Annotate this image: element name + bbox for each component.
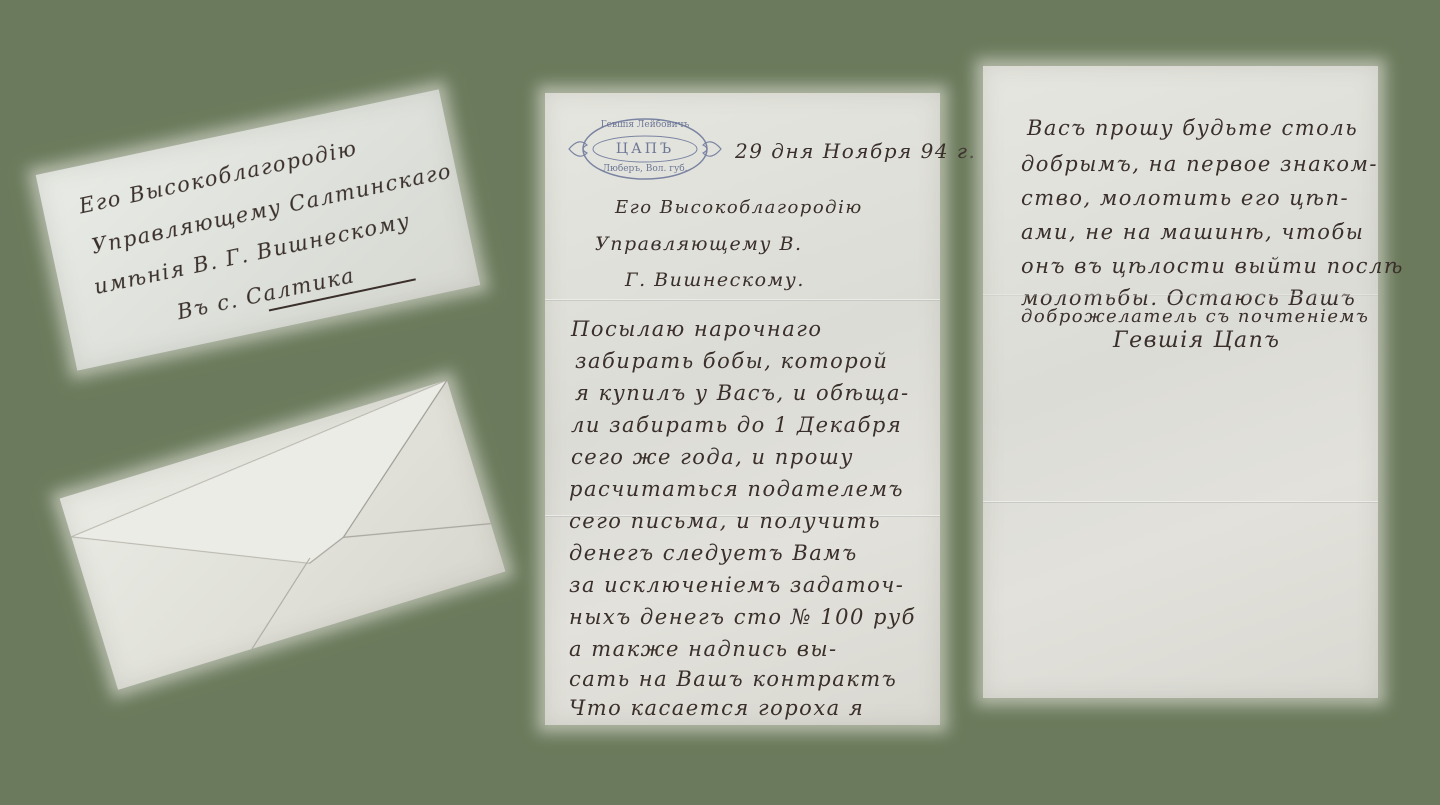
body-line: забирать бобы, которой bbox=[575, 349, 888, 373]
body-line: онъ въ цѣлости выйти послѣ bbox=[1021, 254, 1404, 278]
body-line: ли забирать до 1 Декабря bbox=[571, 413, 902, 437]
stamp-top-text: Гевшiя Лейбовичъ bbox=[565, 120, 725, 130]
body-line: я купилъ у Васъ, и обѣща- bbox=[575, 381, 910, 405]
body-line: сего письма, и получить bbox=[569, 509, 881, 533]
body-line: сего же года, и прошу bbox=[571, 445, 854, 469]
body-line: Посылаю нарочнаго bbox=[571, 317, 823, 341]
body-line: денегъ следуетъ Вамъ bbox=[569, 541, 858, 565]
letter-page-2: Васъ прошу будьте столь добрымъ, на перв… bbox=[983, 66, 1378, 698]
body-line: сать на Вашъ контрактъ bbox=[569, 667, 897, 691]
salutation-line: Управляющему В. bbox=[595, 233, 803, 255]
letter-date: 29 дня Ноября 94 г. bbox=[735, 139, 976, 163]
body-line: ство, молотить его цѣп- bbox=[1021, 186, 1349, 210]
body-line: а также надпись вы- bbox=[569, 637, 838, 661]
body-line: расчитаться подателемъ bbox=[569, 477, 904, 501]
body-line: за исключенiемъ задаточ- bbox=[569, 573, 904, 597]
envelope-front-address: Его Высокоблагородiю Управляющему Салтин… bbox=[36, 89, 481, 370]
body-line: Васъ прошу будьте столь bbox=[1027, 116, 1358, 140]
paper-fold bbox=[983, 501, 1378, 503]
letter-page-1: Гевшiя Лейбовичъ ЦАПЪ Люберъ, Вол. губ. … bbox=[545, 93, 940, 725]
body-line: ами, не на машинѣ, чтобы bbox=[1021, 220, 1364, 244]
paper-fold bbox=[983, 294, 1378, 296]
body-line: ныхъ денегъ сто № 100 руб bbox=[569, 605, 916, 629]
body-line: Что касается гороха я bbox=[569, 696, 864, 720]
body-line: доброжелатель съ почтенiемъ bbox=[1021, 306, 1369, 327]
paper-fold bbox=[545, 299, 940, 301]
paper-fold bbox=[545, 515, 940, 517]
signature: Гевшiя Цапъ bbox=[1113, 328, 1280, 353]
envelope-back bbox=[60, 380, 506, 690]
salutation-line: Его Высокоблагородiю bbox=[615, 197, 863, 218]
envelope-flap-icon bbox=[60, 380, 506, 690]
merchant-stamp: Гевшiя Лейбовичъ ЦАПЪ Люберъ, Вол. губ. bbox=[565, 115, 725, 183]
salutation-line: Г. Вишнескому. bbox=[625, 269, 805, 291]
stamp-bottom-text: Люберъ, Вол. губ. bbox=[565, 164, 725, 174]
body-line: добрымъ, на первое знаком- bbox=[1021, 152, 1378, 176]
stamp-name: ЦАПЪ bbox=[565, 141, 725, 157]
